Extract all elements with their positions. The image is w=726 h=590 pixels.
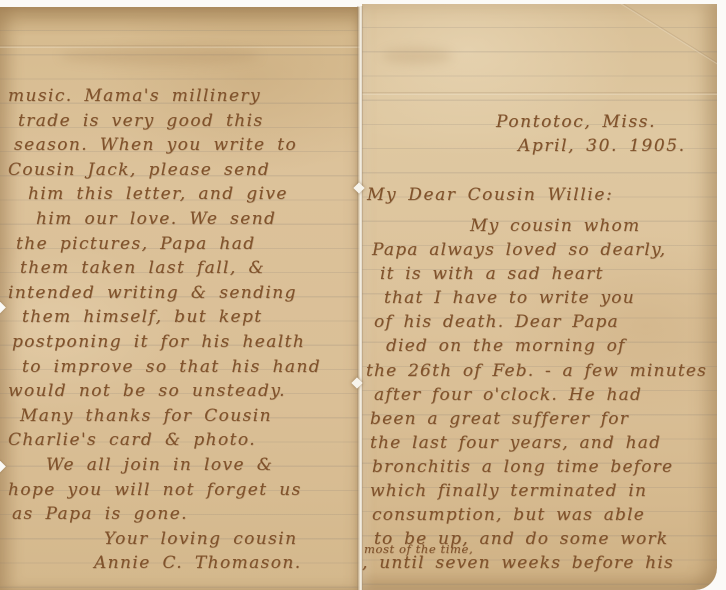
letter-line: consumption, but was able (366, 503, 707, 527)
letter-line: We all join in love & (8, 453, 321, 478)
letter-line: the 26th of Feb. - a few minutes (366, 359, 707, 383)
letter-line: after four o'clock. He had (366, 383, 707, 407)
letter-line: Many thanks for Cousin (8, 404, 321, 429)
signature-line: Annie C. Thomason. (8, 551, 321, 576)
salutation: My Dear Cousin Willie: (367, 185, 613, 205)
letter-line: of his death. Dear Papa (366, 310, 707, 334)
letter-line: to improve so that his hand (8, 355, 321, 380)
date-line: April, 30. 1905. (518, 136, 686, 156)
letter-scan: music. Mama's millinery trade is very go… (0, 0, 726, 590)
letter-body-right: My cousin whom Papa always loved so dear… (366, 214, 707, 551)
letter-line-cut-off: , until seven weeks before his (362, 553, 674, 573)
letter-line: trade is very good this (8, 109, 321, 134)
letter-line: My cousin whom (366, 214, 707, 238)
letter-body-left: music. Mama's millinery trade is very go… (8, 84, 321, 576)
letter-line: the last four years, and had (366, 431, 707, 455)
letter-line: been a great sufferer for (366, 407, 707, 431)
letter-line: Cousin Jack, please send (8, 158, 321, 183)
letter-line: died on the morning of (366, 334, 707, 358)
corner-fold-crease (608, 4, 717, 76)
paper-edge-notch (0, 460, 6, 473)
closing-line: Your loving cousin (8, 527, 321, 552)
paper-edge-notch (0, 301, 6, 314)
letter-line: it is with a sad heart (366, 262, 707, 286)
letter-page-left: music. Mama's millinery trade is very go… (0, 7, 360, 590)
letter-line: season. When you write to (8, 133, 321, 158)
letter-line: him this letter, and give (8, 182, 321, 207)
letter-line: the pictures, Papa had (8, 232, 321, 257)
letter-line: bronchitis a long time before (366, 455, 707, 479)
letter-line: music. Mama's millinery (8, 84, 321, 109)
letter-line: him our love. We send (8, 207, 321, 232)
letter-line: them himself, but kept (8, 305, 321, 330)
letter-line: which finally terminated in (366, 479, 707, 503)
page-seam-fold (357, 6, 363, 590)
letter-line: hope you will not forget us (8, 478, 321, 503)
embossed-mark-smudge (382, 48, 452, 64)
letter-line: postponing it for his health (8, 330, 321, 355)
letter-page-right: Pontotoc, Miss. April, 30. 1905. My Dear… (362, 4, 717, 590)
place-line: Pontotoc, Miss. (496, 112, 656, 132)
letter-line: them taken last fall, & (8, 256, 321, 281)
letter-line: as Papa is gone. (8, 502, 321, 527)
letter-line: that I have to write you (366, 286, 707, 310)
letter-line: intended writing & sending (8, 281, 321, 306)
bleed-through-smudge (60, 47, 260, 65)
letter-line: Papa always loved so dearly, (366, 238, 707, 262)
letter-line: Charlie's card & photo. (8, 428, 321, 453)
letter-line: would not be so unsteady. (8, 379, 321, 404)
fold-crease (0, 45, 360, 48)
fold-crease (362, 92, 717, 95)
